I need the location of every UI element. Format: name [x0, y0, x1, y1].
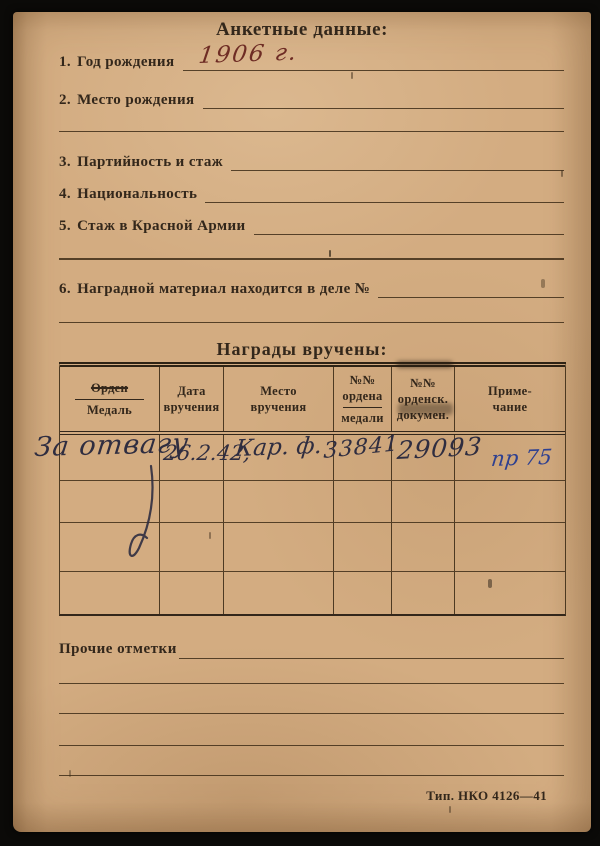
field-label: Стаж в Красной Армии	[77, 218, 246, 235]
field-red-army-service: 5. Стаж в Красной Армии	[59, 214, 564, 235]
blank-line	[59, 745, 564, 746]
table-cell	[160, 523, 224, 571]
table-cell	[392, 572, 455, 614]
awards-heading: Награды вручены:	[13, 339, 591, 360]
fill-line	[378, 279, 564, 298]
other-marks-label: Прочие отметки	[59, 641, 177, 658]
blank-line	[59, 713, 564, 714]
header-order-struck: Орден	[91, 380, 128, 396]
table-cell	[224, 481, 334, 522]
col-header-document-number: №№ орденск. докумен.	[392, 367, 455, 431]
blank-line	[59, 683, 564, 684]
field-number: 4.	[59, 186, 71, 203]
continuation-line	[59, 131, 564, 132]
field-award-file: 6. Наградной материал находится в деле №	[59, 277, 564, 298]
header-order-no-top: №№ ордена	[342, 372, 382, 405]
table-cell	[224, 523, 334, 571]
field-number: 5.	[59, 218, 71, 235]
table-row	[60, 572, 565, 614]
ink-smudge	[398, 403, 453, 415]
scanned-award-card-page: { "colors": { "paper": "#d3ac81", "ink":…	[0, 0, 600, 846]
table-cell	[224, 572, 334, 614]
fill-line	[205, 184, 564, 203]
header-medal: Медаль	[87, 402, 132, 418]
other-marks-line	[179, 658, 564, 659]
handwritten-document-number: 29093	[396, 432, 484, 465]
handwritten-birth-year: 1906 г.	[197, 40, 300, 69]
col-header-place: Место вручения	[224, 367, 334, 431]
field-label: Наградной материал находится в деле №	[77, 281, 370, 298]
table-cell	[455, 523, 565, 571]
col-header-order-number: №№ ордена медали	[334, 367, 392, 431]
handwritten-award-place: Кар. ф.	[234, 433, 323, 462]
table-cell	[334, 572, 392, 614]
table-cell	[455, 481, 565, 522]
table-cell	[334, 523, 392, 571]
section-divider-line	[59, 322, 564, 323]
print-shop-code: Тип. НКО 4126—41	[426, 788, 547, 804]
blank-line	[59, 775, 564, 776]
field-number: 6.	[59, 281, 71, 298]
field-nationality: 4. Национальность	[59, 182, 564, 203]
page-title: Анкетные данные:	[13, 19, 591, 41]
col-header-order-medal: Орден Медаль	[60, 367, 160, 431]
field-label: Год рождения	[77, 54, 174, 71]
col-header-note: Приме- чание	[455, 367, 565, 431]
fill-line	[231, 152, 564, 171]
table-cell	[160, 481, 224, 522]
table-cell	[392, 523, 455, 571]
table-cell	[334, 481, 392, 522]
field-label: Партийность и стаж	[77, 154, 223, 171]
header-separator-line	[75, 399, 145, 400]
awards-table-header: Орден Медаль Дата вручения Место вручени…	[60, 367, 565, 435]
field-number: 1.	[59, 54, 71, 71]
header-order-no-bottom: медали	[341, 410, 384, 426]
field-party-standing: 3. Партийность и стаж	[59, 150, 564, 171]
table-cell	[60, 572, 160, 614]
fill-line	[203, 90, 564, 109]
field-number: 3.	[59, 154, 71, 171]
table-cell	[392, 481, 455, 522]
fill-line	[254, 216, 564, 235]
ink-smudge	[396, 361, 453, 368]
pen-stroke-tail	[125, 464, 161, 566]
paper-speckles	[329, 250, 331, 257]
section-divider-line	[59, 258, 564, 260]
table-cell	[455, 572, 565, 614]
field-birth-place: 2. Место рождения	[59, 88, 564, 109]
form-paper: Анкетные данные: 1. Год рождения 2. Мест…	[13, 12, 591, 832]
header-separator-line	[343, 407, 383, 408]
field-birth-year: 1. Год рождения	[59, 50, 564, 71]
field-label: Национальность	[77, 186, 197, 203]
field-label: Место рождения	[77, 92, 194, 109]
col-header-date: Дата вручения	[160, 367, 224, 431]
table-cell	[160, 572, 224, 614]
field-number: 2.	[59, 92, 71, 109]
handwritten-note: пр 75	[490, 445, 553, 471]
